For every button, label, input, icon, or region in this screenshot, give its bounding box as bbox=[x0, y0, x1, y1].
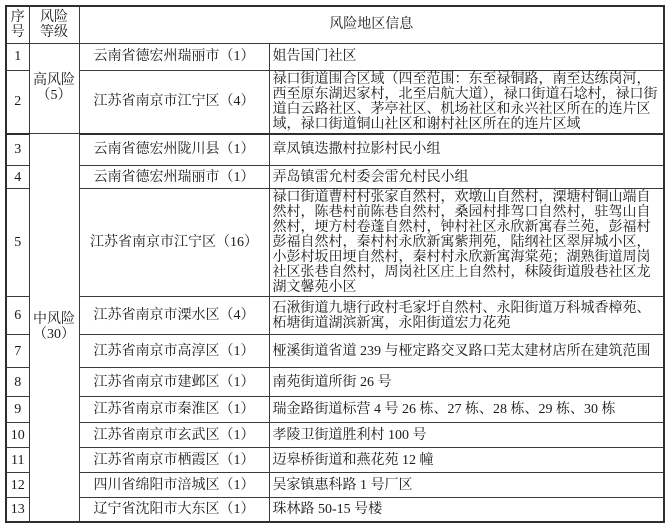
region-cell: 江苏省南京市高淳区（1） bbox=[79, 335, 269, 368]
table-row: 3 中风险 （30） 云南省德宏州陇川县（1） 章凤镇迭撒村拉影村民小组 bbox=[6, 134, 664, 166]
risk-area-table: 序 号 风险 等级 风险地区信息 1 高风险 （5） 云南省德宏州瑞丽市（1） … bbox=[5, 5, 665, 523]
risk-level-medium-count: （30） bbox=[32, 327, 77, 342]
region-cell: 云南省德宏州瑞丽市（1） bbox=[79, 43, 269, 70]
detail-cell: 弄岛镇雷允村委会雷允村民小组 bbox=[269, 166, 664, 189]
risk-level-medium-cell: 中风险 （30） bbox=[29, 134, 79, 522]
table-row: 8 江苏省南京市建邺区（1） 南苑街道所街 26 号 bbox=[6, 368, 664, 397]
detail-cell: 孝陵卫街道胜利村 100 号 bbox=[269, 423, 664, 448]
region-cell: 江苏省南京市溧水区（4） bbox=[79, 297, 269, 335]
table-row: 7 江苏省南京市高淳区（1） 桠溪街道省道 239 与桠定路交叉路口芜太建材店所… bbox=[6, 335, 664, 368]
row-number: 13 bbox=[6, 498, 29, 522]
risk-level-high-count: （5） bbox=[32, 88, 77, 103]
table-row: 9 江苏省南京市秦淮区（1） 瑞金路街道标营 4 号 26 栋、27 栋、28 … bbox=[6, 397, 664, 423]
detail-cell: 瑞金路街道标营 4 号 26 栋、27 栋、28 栋、29 栋、30 栋 bbox=[269, 397, 664, 423]
table-row: 12 四川省绵阳市涪城区（1） 吴家镇惠科路 1 号厂区 bbox=[6, 473, 664, 498]
region-cell: 江苏省南京市栖霞区（1） bbox=[79, 448, 269, 473]
table-row: 2 江苏省南京市江宁区（4） 禄口街道围合区域（四至范围：东至禄铜路，南至达练岗… bbox=[6, 70, 664, 134]
row-number: 9 bbox=[6, 397, 29, 423]
table-header-row: 序 号 风险 等级 风险地区信息 bbox=[6, 6, 664, 43]
row-number: 4 bbox=[6, 166, 29, 189]
table-row: 5 江苏省南京市江宁区（16） 禄口街道曹村村张家自然村，欢墩山自然村，溧塘村铜… bbox=[6, 189, 664, 297]
detail-cell: 禄口街道围合区域（四至范围：东至禄铜路，南至达练岗河，西至原东湖迟家村，北至启航… bbox=[269, 70, 664, 134]
region-cell: 江苏省南京市玄武区（1） bbox=[79, 423, 269, 448]
row-number: 7 bbox=[6, 335, 29, 368]
detail-cell: 章凤镇迭撒村拉影村民小组 bbox=[269, 134, 664, 166]
detail-cell: 石湫街道九塘行政村毛家圩自然村、永阳街道万科城香樟苑、柘塘街道湖滨新寓，永阳街道… bbox=[269, 297, 664, 335]
detail-cell: 姐告国门社区 bbox=[269, 43, 664, 70]
region-cell: 云南省德宏州瑞丽市（1） bbox=[79, 166, 269, 189]
table-row: 13 辽宁省沈阳市大东区（1） 珠林路 50-15 号楼 bbox=[6, 498, 664, 522]
row-number: 8 bbox=[6, 368, 29, 397]
risk-level-medium-label: 中风险 bbox=[32, 312, 77, 327]
table-row: 11 江苏省南京市栖霞区（1） 迈皋桥街道和燕花苑 12 幢 bbox=[6, 448, 664, 473]
detail-cell: 珠林路 50-15 号楼 bbox=[269, 498, 664, 522]
row-number: 3 bbox=[6, 134, 29, 166]
header-serial-number: 序 号 bbox=[6, 6, 29, 43]
region-cell: 江苏省南京市建邺区（1） bbox=[79, 368, 269, 397]
table-row: 4 云南省德宏州瑞丽市（1） 弄岛镇雷允村委会雷允村民小组 bbox=[6, 166, 664, 189]
table-row: 6 江苏省南京市溧水区（4） 石湫街道九塘行政村毛家圩自然村、永阳街道万科城香樟… bbox=[6, 297, 664, 335]
risk-level-high-cell: 高风险 （5） bbox=[29, 43, 79, 134]
table-row: 10 江苏省南京市玄武区（1） 孝陵卫街道胜利村 100 号 bbox=[6, 423, 664, 448]
detail-cell: 迈皋桥街道和燕花苑 12 幢 bbox=[269, 448, 664, 473]
detail-cell: 禄口街道曹村村张家自然村，欢墩山自然村，溧塘村铜山端自然村，陈巷村前陈巷自然村，… bbox=[269, 189, 664, 297]
detail-cell: 南苑街道所街 26 号 bbox=[269, 368, 664, 397]
region-cell: 江苏省南京市江宁区（16） bbox=[79, 189, 269, 297]
region-cell: 江苏省南京市江宁区（4） bbox=[79, 70, 269, 134]
region-cell: 辽宁省沈阳市大东区（1） bbox=[79, 498, 269, 522]
region-cell: 四川省绵阳市涪城区（1） bbox=[79, 473, 269, 498]
row-number: 1 bbox=[6, 43, 29, 70]
risk-level-high-label: 高风险 bbox=[32, 73, 77, 88]
header-risk-level: 风险 等级 bbox=[29, 6, 79, 43]
row-number: 6 bbox=[6, 297, 29, 335]
region-cell: 江苏省南京市秦淮区（1） bbox=[79, 397, 269, 423]
detail-cell: 吴家镇惠科路 1 号厂区 bbox=[269, 473, 664, 498]
row-number: 10 bbox=[6, 423, 29, 448]
header-risk-area-info: 风险地区信息 bbox=[79, 6, 664, 43]
region-cell: 云南省德宏州陇川县（1） bbox=[79, 134, 269, 166]
risk-area-notice-page: 序 号 风险 等级 风险地区信息 1 高风险 （5） 云南省德宏州瑞丽市（1） … bbox=[0, 0, 668, 529]
table-row: 1 高风险 （5） 云南省德宏州瑞丽市（1） 姐告国门社区 bbox=[6, 43, 664, 70]
row-number: 12 bbox=[6, 473, 29, 498]
row-number: 11 bbox=[6, 448, 29, 473]
row-number: 5 bbox=[6, 189, 29, 297]
row-number: 2 bbox=[6, 70, 29, 134]
detail-cell: 桠溪街道省道 239 与桠定路交叉路口芜太建材店所在建筑范围 bbox=[269, 335, 664, 368]
